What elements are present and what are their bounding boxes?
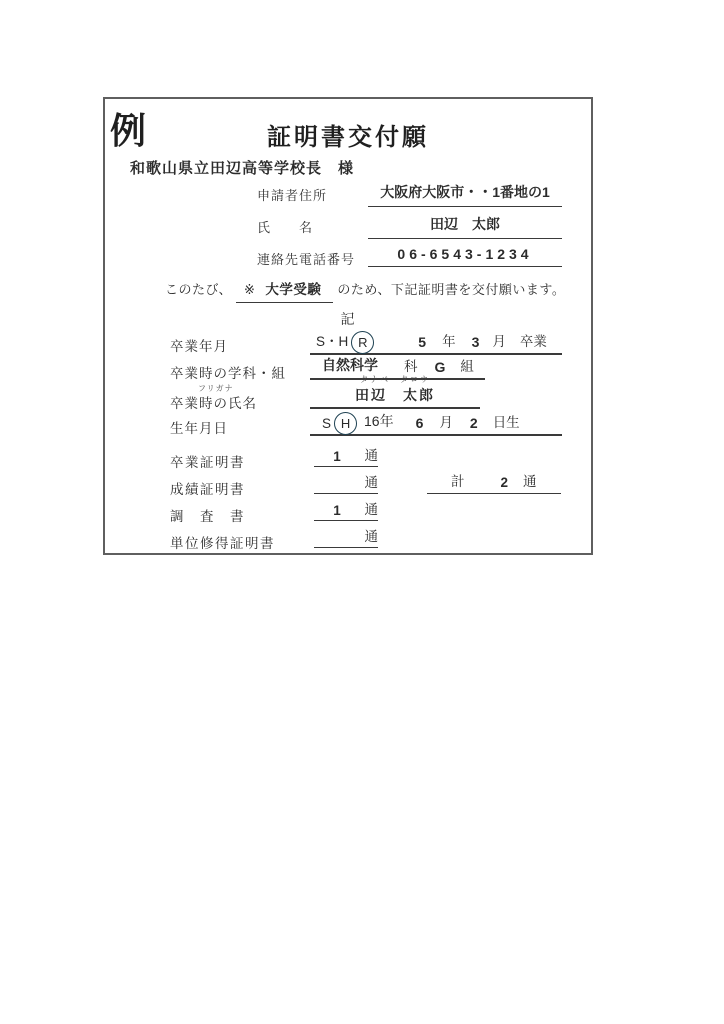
cert-count-unit: 通	[360, 444, 378, 464]
total-unit: 通	[523, 470, 537, 490]
addressee-line: 和歌山県立田辺高等学校長 様	[130, 157, 354, 178]
department-value: 自然科学	[322, 355, 378, 375]
department-unit: 科	[404, 355, 418, 375]
birth-month-unit: 月	[439, 411, 453, 431]
total-count: 2	[501, 475, 509, 490]
graduate-name-field: タナベ タロウ 田辺 太郎	[310, 377, 480, 409]
purpose-prefix: このたび、	[165, 282, 232, 297]
cert-count-unit: 通	[360, 498, 378, 518]
total-label: 計	[451, 470, 465, 490]
cert-count-value: 1	[314, 449, 360, 464]
graduate-name-label: 卒業時の氏名	[170, 392, 257, 412]
grad-era-options: S・H	[316, 330, 348, 350]
cert-count-value: 1	[314, 503, 360, 518]
applicant-address-label: 申請者住所	[257, 185, 327, 204]
birth-era-circled: H	[334, 412, 357, 435]
purpose-reason-field: ※大学受験	[236, 278, 333, 303]
birth-day-suffix: 日生	[493, 411, 520, 431]
grad-month-value: 3	[472, 334, 480, 350]
birth-era-options: S	[322, 416, 331, 431]
purpose-reason-value: 大学受験	[265, 282, 321, 297]
graduate-name-furigana: タナベ タロウ	[360, 374, 430, 385]
purpose-suffix: のため、下記証明書を交付願います。	[337, 282, 565, 297]
grad-era-circled: R	[351, 331, 374, 354]
birth-day-value: 2	[470, 415, 478, 431]
record-heading: 記	[105, 309, 591, 329]
cert-label-graduation: 卒業証明書	[170, 451, 245, 471]
cert-label-transcript: 成績証明書	[170, 478, 245, 498]
class-value: G	[435, 359, 446, 375]
cert-label-report: 調 査 書	[170, 505, 245, 525]
cert-count-graduation: 1 通	[314, 446, 378, 467]
applicant-phone-value: 06-6543-1234	[368, 246, 562, 267]
grad-date-field: S・H R 5 年 3 月 卒業	[310, 330, 562, 355]
birth-date-field: S H 16年 6 月 2 日生	[310, 411, 562, 436]
grad-year-unit: 年	[442, 330, 456, 350]
certificate-request-form: 例 証明書交付願 和歌山県立田辺高等学校長 様 申請者住所 大阪府大阪市・・1番…	[103, 97, 593, 555]
form-title: 証明書交付願	[105, 117, 591, 152]
birth-date-label: 生年月日	[170, 417, 228, 437]
cert-count-unit: 通	[360, 471, 378, 491]
purpose-sentence: このたび、※大学受験のため、下記証明書を交付願います。	[165, 278, 565, 303]
applicant-name-label: 氏 名	[257, 217, 313, 236]
cert-label-credits: 単位修得証明書	[170, 532, 275, 552]
applicant-name-value: 田辺 太郎	[368, 214, 562, 239]
grad-month-unit: 月	[492, 330, 506, 350]
birth-month-value: 6	[416, 415, 424, 431]
purpose-marker: ※	[244, 282, 255, 297]
grad-date-label: 卒業年月	[170, 335, 228, 355]
applicant-address-value: 大阪府大阪市・・1番地の1	[368, 182, 562, 207]
applicant-phone-label: 連絡先電話番号	[257, 249, 355, 268]
birth-year-value: 16年	[364, 411, 394, 431]
graduate-name-value: 田辺 太郎	[355, 385, 435, 405]
grad-suffix: 卒業	[520, 330, 547, 350]
cert-count-credits: 通	[314, 527, 378, 548]
cert-count-unit: 通	[360, 525, 378, 545]
class-unit: 組	[460, 355, 474, 375]
grad-year-value: 5	[418, 334, 426, 350]
total-field: 計 2 通	[427, 473, 561, 494]
cert-count-transcript: 通	[314, 473, 378, 494]
cert-count-report: 1 通	[314, 500, 378, 521]
department-label: 卒業時の学科・組	[170, 362, 286, 382]
